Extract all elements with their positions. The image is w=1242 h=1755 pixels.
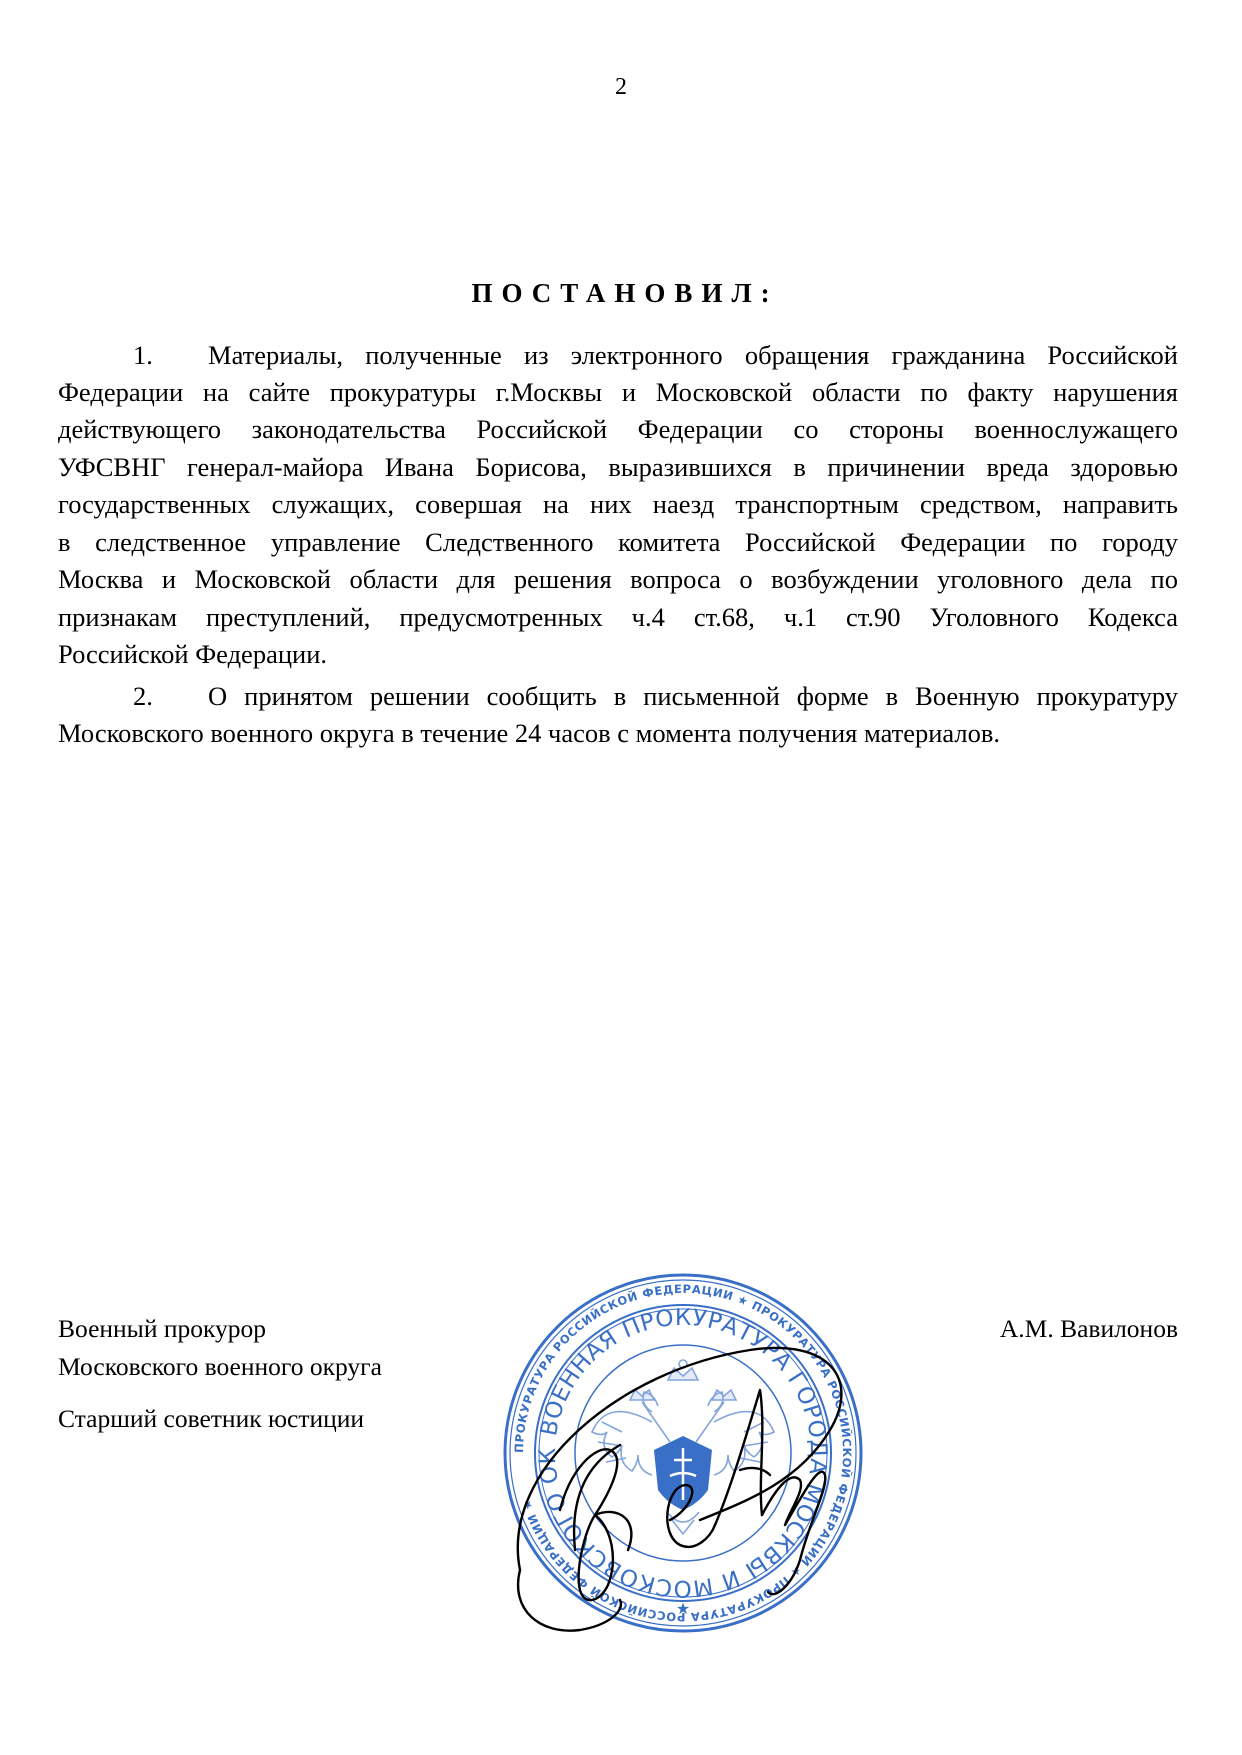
signer-position-line-2: Московского военного округа [58,1351,382,1383]
line-text: Москва и Московской области для решения … [58,563,1178,595]
line-text: УФСВНГ генерал-майора Ивана Борисова, вы… [58,451,1178,483]
signer-name: А.М. Вавилонов [1000,1313,1178,1345]
item-2-line-2: Московского военного округа в течение 24… [58,717,1178,749]
signer-rank: Старший советник юстиции [58,1403,364,1435]
item-1-line-8: признакам преступлений, предусмотренных … [58,601,1178,633]
line-text: Московского военного округа в течение 24… [58,717,1178,749]
item-1-line-2: Федерации на сайте прокуратуры г.Москвы … [58,376,1178,408]
line-text: государственных служащих, совершая на ни… [58,488,1178,520]
signer-position-line-1: Военный прокурор [58,1313,266,1345]
handwritten-signature-icon [500,1270,880,1650]
item-1-line-7: Москва и Московской области для решения … [58,563,1178,595]
item-1-line-1: Материалы, полученные из электронного об… [208,339,1178,371]
line-text: Федерации на сайте прокуратуры г.Москвы … [58,376,1178,408]
page-number: 2 [0,74,1242,101]
item-1-line-3: действующего законодательства Российской… [58,413,1178,445]
line-text: в следственное управление Следственного … [58,526,1178,558]
document-heading: ПОСТАНОВИЛ: [0,278,1242,309]
item-number-2: 2. [133,680,153,712]
line-text: Российской Федерации. [58,638,1178,670]
item-1-line-9: Российской Федерации. [58,638,1178,670]
line-text: признакам преступлений, предусмотренных … [58,601,1178,633]
line-text: действующего законодательства Российской… [58,413,1178,445]
item-1-line-6: в следственное управление Следственного … [58,526,1178,558]
item-number-1: 1. [133,339,153,371]
item-1-line-5: государственных служащих, совершая на ни… [58,488,1178,520]
item-2-line-1: О принятом решении сообщить в письменной… [208,680,1178,712]
item-1-line-4: УФСВНГ генерал-майора Ивана Борисова, вы… [58,451,1178,483]
